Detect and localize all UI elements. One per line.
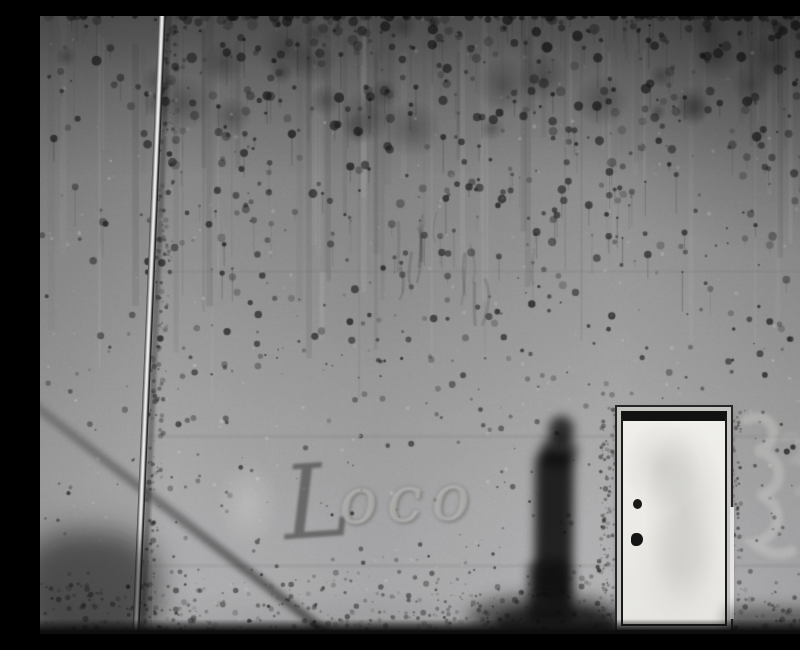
faded-paint-patch [216, 458, 280, 550]
graffiti-loop-stroke-2 [784, 436, 800, 492]
door [617, 407, 731, 630]
top-right-stain-shading [500, 16, 800, 256]
photograph-wall-with-door: L oco [40, 16, 800, 634]
door-smudges [623, 421, 725, 624]
door-slab [621, 411, 727, 626]
faint-white-graffiti [724, 398, 800, 608]
door-frame-highlight [730, 507, 734, 619]
door-knob [633, 499, 642, 509]
ground-strip [40, 619, 800, 634]
